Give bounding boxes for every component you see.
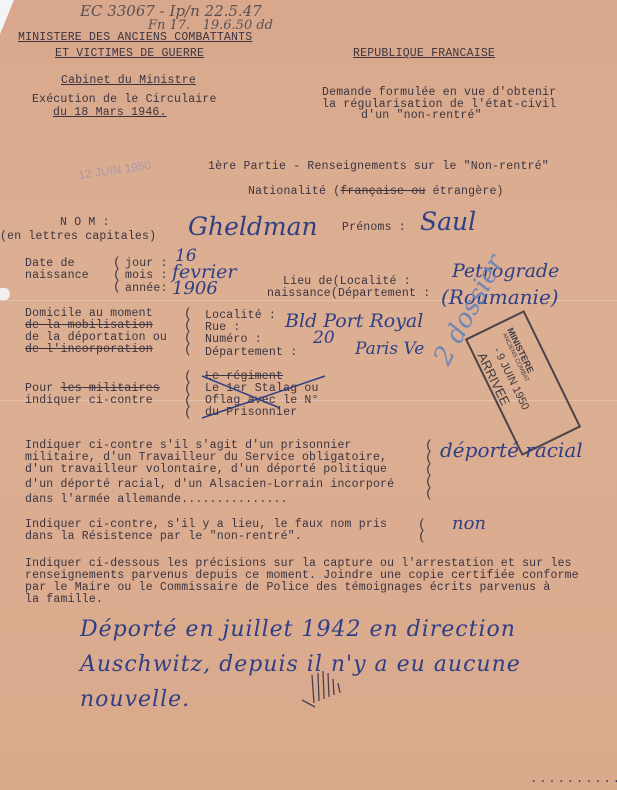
mois-label: mois : bbox=[125, 270, 168, 282]
request-line-3: d'un "non-rentré" bbox=[361, 110, 482, 122]
brace: ( ( ( ( bbox=[184, 371, 192, 419]
section-title: 1ère Partie - Renseignements sur le "Non… bbox=[208, 161, 549, 173]
cabinet-label: Cabinet du Ministre bbox=[61, 75, 196, 87]
rue-value: Bld Port Royal bbox=[285, 310, 423, 332]
ministry-title: MINISTERE DES ANCIENS COMBATTANTS bbox=[18, 32, 252, 44]
military-label-2: indiquer ci-contre bbox=[25, 395, 153, 407]
prenoms-label: Prénoms : bbox=[342, 222, 406, 234]
nationality-label: Nationalité ( bbox=[248, 185, 340, 198]
category-value: déporté racial bbox=[440, 438, 583, 462]
departement-value: Paris Ve bbox=[355, 339, 424, 359]
departement-label: Département : bbox=[205, 347, 297, 359]
resistance-value: non bbox=[452, 513, 486, 534]
category-line-3: d'un travailleur volontaire, d'un déport… bbox=[25, 464, 387, 476]
republic-title: REPUBLIQUE FRANCAISE bbox=[353, 48, 495, 60]
capture-line-4: la famille. bbox=[25, 594, 103, 606]
nom-value: Gheldman bbox=[188, 212, 318, 241]
numero-value: 20 bbox=[313, 328, 335, 348]
annee-value: 1906 bbox=[172, 278, 218, 299]
brace: ( ( bbox=[418, 519, 426, 543]
resistance-line-2: dans la Résistence par le "non-rentré". bbox=[25, 531, 302, 543]
execution-line-2: du 18 Mars 1946. bbox=[53, 107, 167, 119]
domicile-label-4: de l'incorporation bbox=[25, 344, 153, 356]
numero-label: Numéro : bbox=[205, 334, 262, 346]
cross-out-mark bbox=[200, 372, 330, 422]
capture-line-3: par le Maire ou le Commissaire de Police… bbox=[25, 582, 550, 594]
nom-label: N O M : bbox=[60, 217, 110, 229]
nationality-row: Nationalité (française ou étrangère) bbox=[248, 186, 504, 198]
execution-line-1: Exécution de le Circulaire bbox=[32, 94, 217, 106]
page-corner bbox=[0, 0, 14, 34]
nom-sublabel: (en lettres capitales) bbox=[0, 231, 156, 243]
annee-label: année: bbox=[125, 283, 168, 295]
birth-label-2: naissance bbox=[25, 270, 89, 282]
nationality-struck: française ou bbox=[340, 185, 425, 198]
brace: ( ( ( bbox=[113, 257, 121, 293]
prenoms-value: Saul bbox=[420, 207, 476, 236]
capture-handwritten-1: Déporté en juillet 1942 en direction bbox=[80, 617, 516, 642]
category-line-4: d'un déporté racial, d'un Alsacien-Lorra… bbox=[25, 479, 394, 491]
ministry-subtitle: ET VICTIMES DE GUERRE bbox=[55, 48, 204, 60]
capture-handwritten-3: nouvelle. bbox=[80, 687, 190, 712]
category-line-5: dans l'armée allemande............... bbox=[25, 494, 288, 506]
nationality-value: étrangère) bbox=[426, 185, 504, 198]
brace: ( ( ( ( bbox=[184, 308, 192, 356]
footer-dots: .......... bbox=[530, 772, 617, 786]
page-tear bbox=[0, 288, 10, 300]
signature-mark bbox=[300, 665, 350, 710]
lieu-label-2: naissance(Département : bbox=[267, 288, 430, 300]
brace: ( ( ( ( ( bbox=[425, 440, 433, 500]
